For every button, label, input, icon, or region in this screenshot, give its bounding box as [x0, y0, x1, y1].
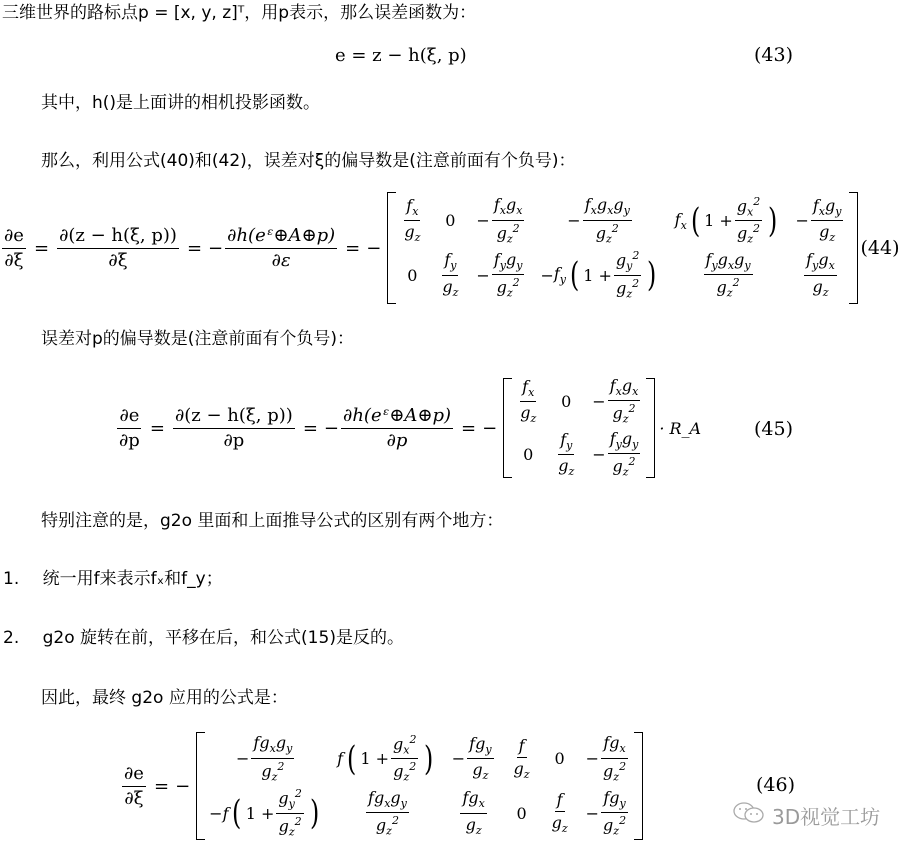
equation-number-45: (45) — [754, 418, 793, 440]
list-item-1: 1. 统一用f来表示fₓ和f_y； — [3, 568, 223, 590]
equation-43: e = z − h(ξ, p) — [335, 45, 467, 66]
lhs-fraction: ∂e∂ξ — [2, 226, 26, 271]
p-derivative-intro-text: 误差对p的偏导数是(注意前面有个负号)： — [41, 328, 354, 350]
rotation-suffix: · R_A — [659, 419, 701, 438]
jacobian-matrix-46: −fgxgygz2 f(1 +gx2gz2) −fgygz fgz 0 −fgx… — [205, 734, 634, 838]
watermark-text: 3D视觉工坊 — [772, 801, 880, 830]
list-marker: 1. — [3, 569, 19, 589]
left-bracket — [196, 732, 205, 840]
list-item-2: 2. g2o 旋转在前，平移在后，和公式(15)是反的。 — [3, 627, 404, 649]
jacobian-matrix-44: fxgz 0 −fxgxgz2 −fxgxgygz2 fx(1 +gx2gz2)… — [396, 196, 849, 300]
watermark: 3D视觉工坊 — [732, 800, 880, 831]
equation-44: ∂e∂ξ = ∂(z − h(ξ, p))∂ξ =− ∂h(eᵋ⊕A⊕p)∂ε … — [0, 192, 900, 304]
list-text: g2o 旋转在前，平移在后，和公式(15)是反的。 — [43, 628, 404, 648]
equation-number-43: (43) — [754, 44, 793, 66]
left-bracket — [503, 378, 512, 478]
g2o-note-text: 特别注意的是，g2o 里面和上面推导公式的区别有两个地方： — [41, 510, 503, 532]
jacobian-matrix-45: fxgz 0 −fxgxgz2 0 fygz −fygygz2 — [512, 377, 646, 479]
intro-text: 三维世界的路标点p = [x, y, z]ᵀ，用p表示，那么误差函数为： — [2, 2, 476, 24]
term3-fraction: ∂h(eᵋ⊕A⊕p)∂ε — [225, 226, 337, 271]
right-bracket — [849, 192, 858, 304]
equation-45: ∂e∂p = ∂(z − h(ξ, p))∂p =− ∂h(eᵋ⊕A⊕p)∂p … — [115, 378, 701, 478]
final-intro-text: 因此，最终 g2o 应用的公式是： — [41, 687, 288, 709]
list-marker: 2. — [3, 628, 19, 648]
term2-fraction: ∂(z − h(ξ, p))∂ξ — [57, 226, 179, 271]
equation-number-44: (44) — [860, 237, 899, 259]
list-text: 统一用f来表示fₓ和f_y； — [43, 569, 223, 589]
wechat-icon — [732, 800, 766, 831]
right-bracket — [646, 378, 655, 478]
equation-number-46: (46) — [756, 774, 795, 796]
xi-derivative-intro-text: 那么，利用公式(40)和(42)，误差对ξ的偏导数是(注意前面有个负号)： — [41, 150, 576, 172]
equation-46: ∂e∂ξ =− −fgxgygz2 f(1 +gx2gz2) −fgygz fg… — [120, 732, 643, 840]
right-bracket — [634, 732, 643, 840]
h-description-text: 其中，h()是上面讲的相机投影函数。 — [41, 92, 320, 114]
left-bracket — [387, 192, 396, 304]
